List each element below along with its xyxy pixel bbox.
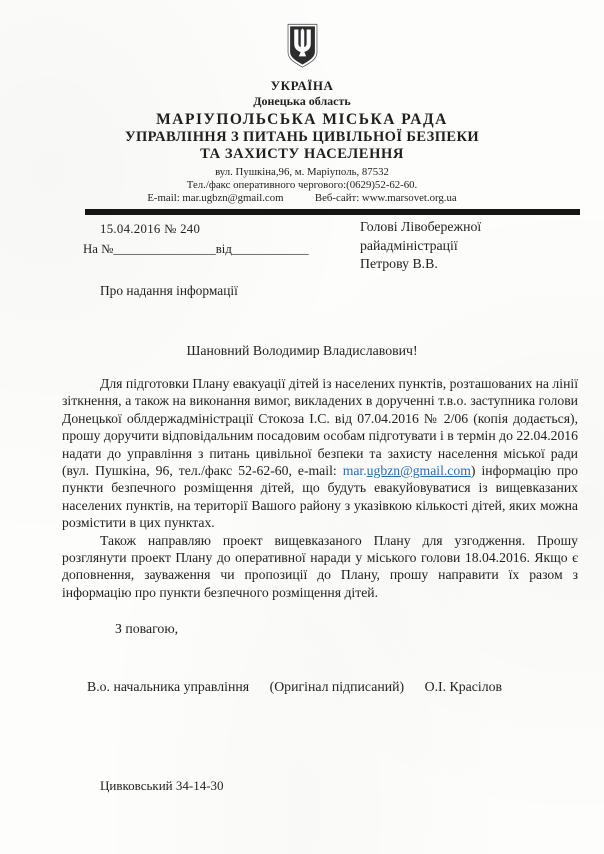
original-signed-note: (Оригінал підписаний)	[270, 679, 404, 695]
org-name-line1: МАРІУПОЛЬСЬКА МІСЬКА РАДА	[0, 111, 604, 128]
recipient-line1: Голові Лівобережної	[360, 218, 481, 237]
email-link-plain[interactable]: mar.	[343, 463, 367, 478]
email-link-underlined[interactable]: ugbzn@gmail.com	[367, 463, 471, 478]
website-label: Веб-сайт:	[315, 192, 359, 204]
letterhead: УКРАЇНА Донецька область МАРІУПОЛЬСЬКА М…	[0, 0, 604, 204]
vid-label: від	[216, 242, 232, 256]
subject-line: Про надання інформації	[100, 283, 604, 299]
country-title: УКРАЇНА	[0, 79, 604, 94]
org-contacts: E-mail: mar.ugbzn@gmail.com Веб-сайт: ww…	[0, 192, 604, 204]
email-label: E-mail:	[147, 192, 179, 204]
signature-row: В.о. начальника управління (Оригінал під…	[87, 679, 502, 695]
ukraine-trident-emblem-icon	[287, 23, 318, 69]
signer-name: О.І. Красілов	[425, 679, 502, 695]
closing-phrase: З повагою,	[115, 621, 604, 637]
region-title: Донецька область	[0, 95, 604, 108]
paragraph-2: Також направляю проект вищевказаного Пла…	[62, 532, 578, 602]
reply-reference-line: На №________________від____________	[83, 242, 604, 257]
email-link[interactable]: mar.ugbzn@gmail.com	[343, 463, 471, 478]
paragraph-1: Для підготовки Плану евакуації дітей із …	[62, 375, 578, 532]
executor-contact: Цивковський 34-14-30	[100, 778, 224, 794]
letter-page: УКРАЇНА Донецька область МАРІУПОЛЬСЬКА М…	[0, 0, 604, 854]
recipient-line3: Петрову В.В.	[360, 255, 481, 274]
recipient-block: Голові Лівобережної райадміністрації Пет…	[360, 218, 481, 274]
outgoing-number-line: 15.04.2016 № 240	[100, 222, 604, 237]
org-name-line2: УПРАВЛІННЯ З ПИТАНЬ ЦИВІЛЬНОЇ БЕЗПЕКИ	[0, 129, 604, 145]
salutation: Шановний Володимир Владиславович!	[0, 343, 604, 359]
number-blank: ________________	[113, 242, 215, 256]
date-blank: ____________	[232, 242, 309, 256]
org-phone: Тел./факс оперативного чергового:(0629)5…	[0, 179, 604, 191]
letterhead-divider	[85, 209, 580, 215]
letter-body: Для підготовки Плану евакуації дітей із …	[62, 375, 578, 601]
recipient-line2: райадміністрації	[360, 237, 481, 256]
org-website: www.marsovet.org.ua	[362, 192, 457, 204]
org-email: mar.ugbzn@gmail.com	[182, 192, 283, 204]
org-name-line3: ТА ЗАХИСТУ НАСЕЛЕННЯ	[0, 146, 604, 162]
signer-position: В.о. начальника управління	[87, 679, 249, 695]
org-address: вул. Пушкіна,96, м. Маріуполь, 87532	[0, 166, 604, 178]
na-label: На №	[83, 242, 113, 256]
